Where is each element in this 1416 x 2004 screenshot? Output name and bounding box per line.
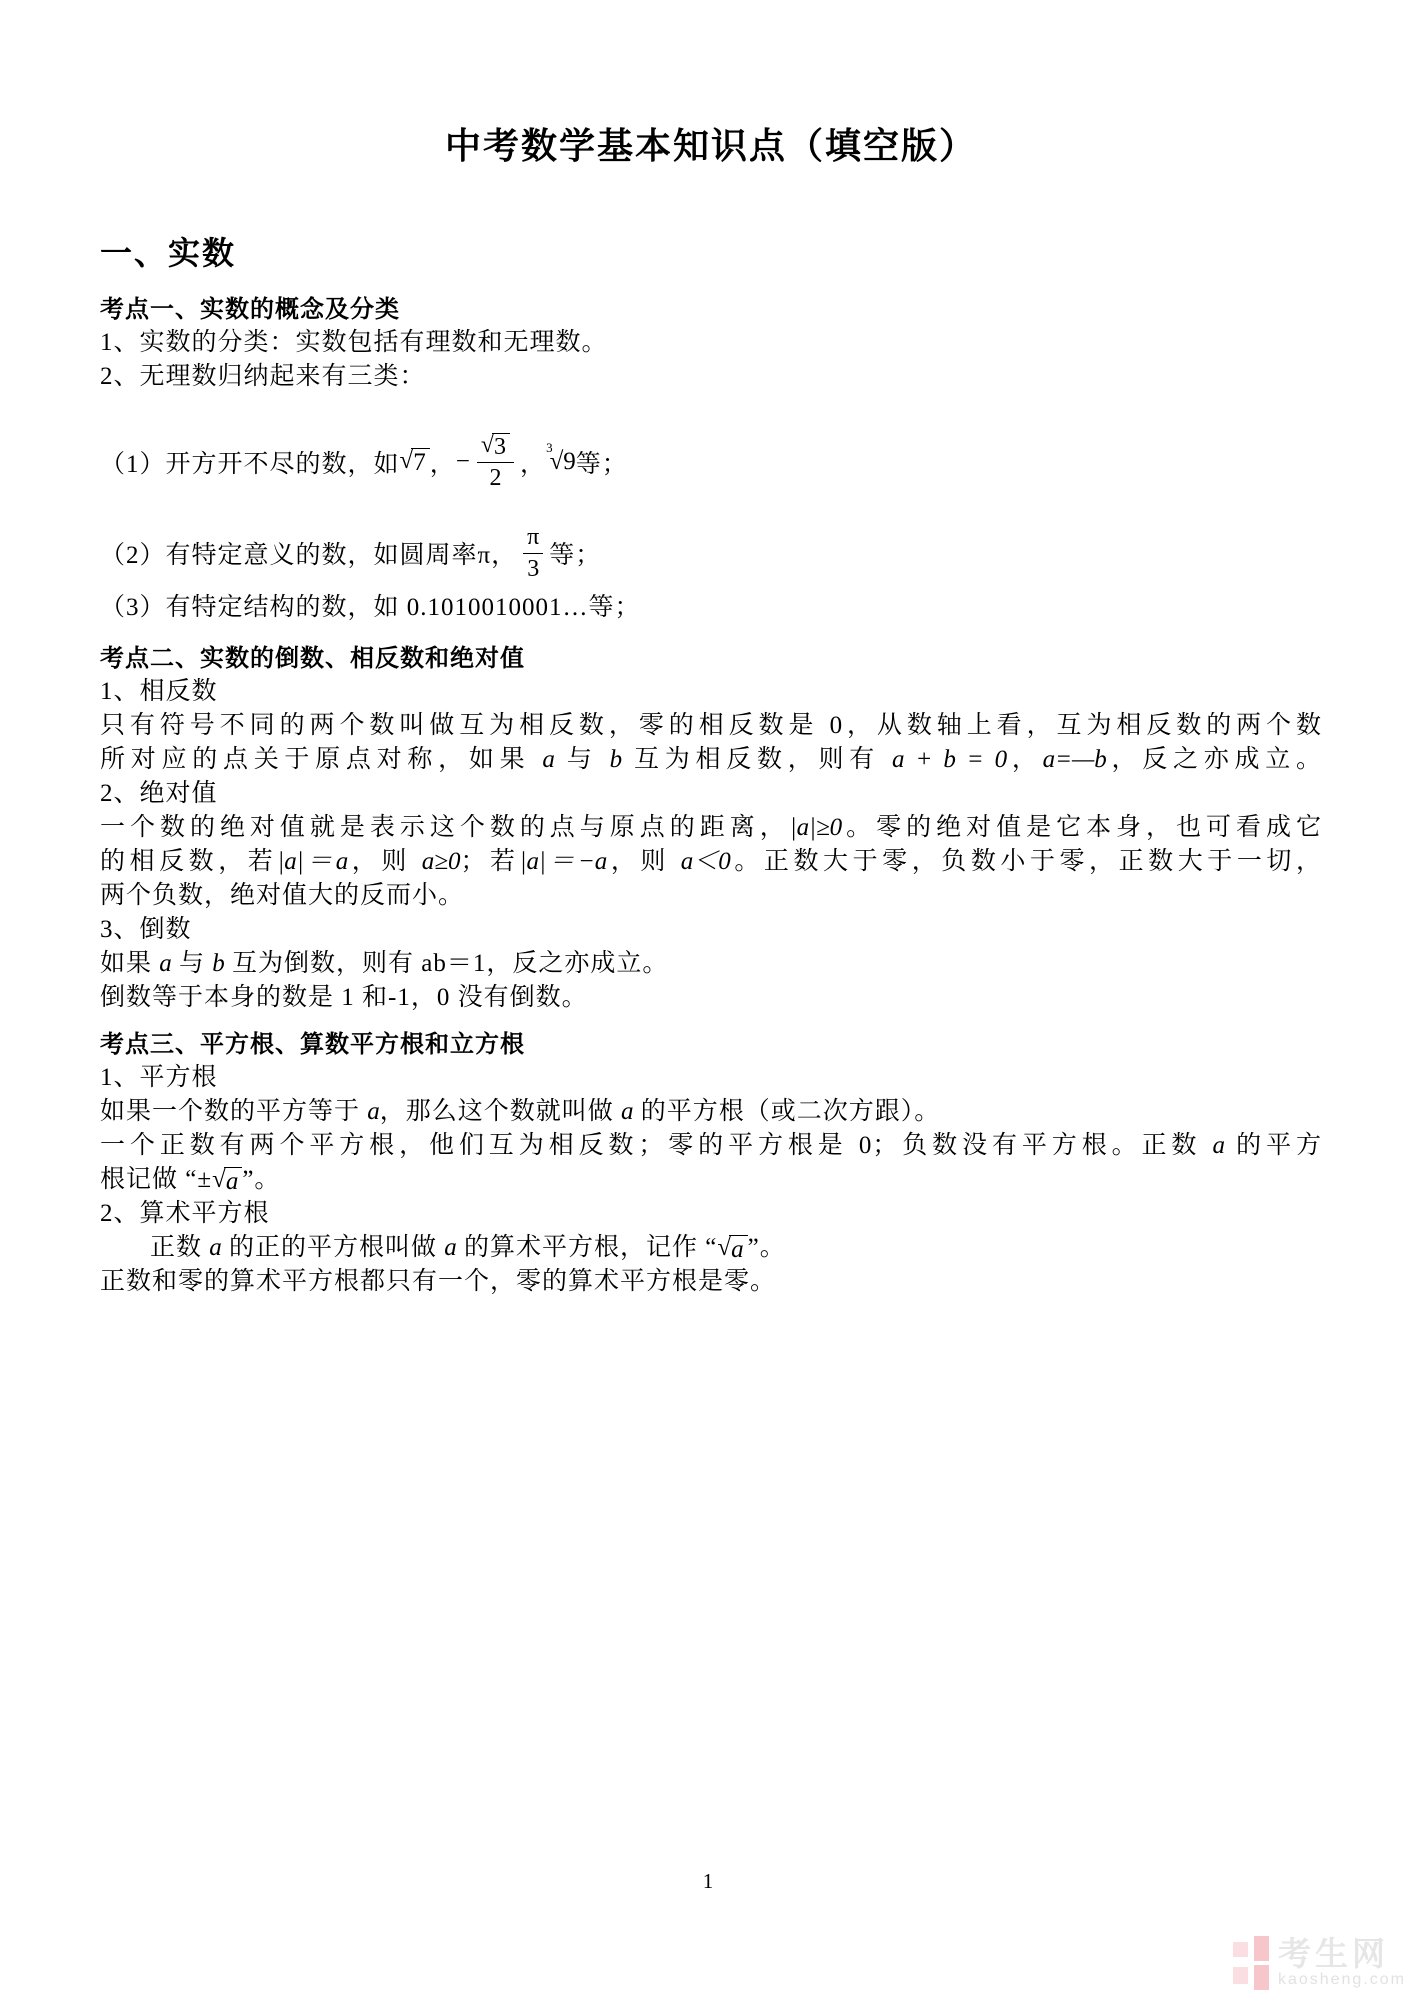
watermark-brand: 考生网 xyxy=(1278,1937,1389,1971)
topic3-sub2-heading: 2、算术平方根 xyxy=(100,1197,1322,1231)
math-var-a: a xyxy=(542,746,555,773)
math-var-a: a xyxy=(367,1098,380,1125)
body-text: ，则 xyxy=(607,848,680,875)
topic2-sub2-paragraph-line3: 两个负数，绝对值大的反而小。 xyxy=(100,879,1322,913)
body-text: 一个数的绝对值就是表示这个数的点与原点的距离， xyxy=(100,814,790,841)
topic2-sub3-paragraph-line1: 如果 a 与 b 互为倒数，则有 ab＝1，反之亦成立。 xyxy=(100,947,1322,981)
body-text: ， xyxy=(1007,746,1042,773)
fraction-numerator: π xyxy=(523,524,543,553)
topic1-point1-formula-line: （1）开方开不尽的数，如 √7 ， − √3 2 ， 3√9 等； xyxy=(100,417,1322,507)
math-expr: |a|≥0 xyxy=(790,814,842,841)
formula-text: ， xyxy=(430,444,456,480)
sqrt-3: √3 xyxy=(481,433,510,460)
math-expr: a＜0 xyxy=(681,848,731,875)
body-text: 与 xyxy=(172,950,213,977)
body-text: 的平方 xyxy=(1225,1132,1322,1159)
fraction-pi-over-3: π 3 xyxy=(523,524,543,582)
math-expr: |a|＝a xyxy=(277,848,348,875)
body-text: ”。 xyxy=(748,1234,786,1261)
body-text: 的平方根（或二次方跟）。 xyxy=(634,1098,941,1125)
body-text: 的相反数，若 xyxy=(100,848,277,875)
topic3-sub1-heading: 1、平方根 xyxy=(100,1061,1322,1095)
body-text: 。零的绝对值是它本身，也可看成它 xyxy=(842,814,1322,841)
fraction-denominator: 2 xyxy=(489,463,501,491)
document-content: 中考数学基本知识点（填空版） 一、实数 考点一、实数的概念及分类 1、实数的分类… xyxy=(100,0,1322,1299)
document-page: 中考数学基本知识点（填空版） 一、实数 考点一、实数的概念及分类 1、实数的分类… xyxy=(0,0,1416,2004)
topic2-sub1-paragraph-line1: 只有符号不同的两个数叫做互为相反数，零的相反数是 0，从数轴上看，互为相反数的两… xyxy=(100,709,1322,743)
topic1-point3: （3）有特定结构的数，如 0.1010010001…等； xyxy=(100,591,1322,625)
body-text: ，反之亦成立。 xyxy=(1107,746,1322,773)
body-text: 正数 xyxy=(150,1234,209,1261)
topic3-sub2-paragraph-line2: 正数和零的算术平方根都只有一个，零的算术平方根是零。 xyxy=(100,1265,1322,1299)
math-var-a: a xyxy=(444,1234,457,1261)
topic1-point2-formula-line: （2）有特定意义的数，如圆周率π， π 3 等； xyxy=(100,515,1322,591)
radicand: a xyxy=(729,1235,748,1263)
formula-text: 等； xyxy=(576,444,628,480)
radicand: a xyxy=(224,1167,243,1195)
math-expr: a≥0 xyxy=(422,848,461,875)
math-expr: a=—b xyxy=(1043,746,1107,773)
sqrt-a: √a xyxy=(212,1167,242,1195)
topic3-heading: 考点三、平方根、算数平方根和立方根 xyxy=(100,1029,1322,1061)
math-var-a: a xyxy=(1213,1132,1226,1159)
fraction-numerator: √3 xyxy=(477,432,514,463)
sqrt-a: √a xyxy=(717,1235,747,1263)
logo-block xyxy=(1233,1942,1248,1957)
topic1-item2: 2、无理数归纳起来有三类： xyxy=(100,360,1322,394)
formula-text: ， xyxy=(520,444,546,480)
math-var-b: b xyxy=(212,950,225,977)
body-text: ，那么这个数就叫做 xyxy=(380,1098,621,1125)
root-index: 3 xyxy=(546,441,553,454)
topic2-sub1-paragraph-line2: 所对应的点关于原点对称，如果 a 与 b 互为相反数，则有 a + b = 0，… xyxy=(100,743,1322,777)
logo-block xyxy=(1233,1967,1248,1984)
topic2-sub3-heading: 3、倒数 xyxy=(100,913,1322,947)
body-text: 如果 xyxy=(100,950,159,977)
math-expr: |a|＝−a xyxy=(520,848,608,875)
topic2-sub1-heading: 1、相反数 xyxy=(100,675,1322,709)
kaosheng-watermark: 考生网 kaosheng.com xyxy=(1233,1936,1406,1990)
radicand: 9 xyxy=(563,448,576,476)
math-var-a: a xyxy=(621,1098,634,1125)
body-text: 根记做 “± xyxy=(100,1166,212,1193)
radicand: 7 xyxy=(411,448,430,476)
topic3-sub1-paragraph-line3: 根记做 “±√a”。 xyxy=(100,1163,1322,1197)
body-text: 的正的平方根叫做 xyxy=(222,1234,445,1261)
topic2-heading: 考点二、实数的倒数、相反数和绝对值 xyxy=(100,643,1322,675)
topic1-item1: 1、实数的分类：实数包括有理数和无理数。 xyxy=(100,326,1322,360)
fraction-sqrt3-over-2: √3 2 xyxy=(477,432,514,492)
sqrt-7: √7 xyxy=(400,448,430,476)
topic1-heading: 考点一、实数的概念及分类 xyxy=(100,294,1322,326)
minus-sign: − xyxy=(456,448,471,476)
body-text: 所对应的点关于原点对称，如果 xyxy=(100,746,542,773)
body-text: 如果一个数的平方等于 xyxy=(100,1098,367,1125)
body-text: ”。 xyxy=(242,1166,280,1193)
body-text: 。正数大于零，负数小于零，正数大于一切， xyxy=(731,848,1322,875)
topic3-sub1-paragraph-line2: 一个正数有两个平方根，他们互为相反数；零的平方根是 0；负数没有平方根。正数 a… xyxy=(100,1129,1322,1163)
math-var-a: a xyxy=(159,950,172,977)
formula-text: （2）有特定意义的数，如圆周率π， xyxy=(100,535,517,571)
page-number: 1 xyxy=(0,1868,1416,1894)
topic2-sub2-heading: 2、绝对值 xyxy=(100,777,1322,811)
page-title: 中考数学基本知识点（填空版） xyxy=(100,122,1322,170)
math-var-a: a xyxy=(209,1234,222,1261)
body-text: ，则 xyxy=(348,848,421,875)
fraction-denominator: 3 xyxy=(527,554,539,582)
body-text: 互为倒数，则有 ab＝1，反之亦成立。 xyxy=(225,950,669,977)
math-var-b: b xyxy=(610,746,623,773)
body-text: 的算术平方根，记作 “ xyxy=(457,1234,718,1261)
topic2-sub3-paragraph-line2: 倒数等于本身的数是 1 和-1，0 没有倒数。 xyxy=(100,981,1322,1015)
body-text: ；若 xyxy=(460,848,519,875)
body-text: 与 xyxy=(555,746,610,773)
topic2-sub2-paragraph-line2: 的相反数，若|a|＝a，则 a≥0；若|a|＝−a，则 a＜0。正数大于零，负数… xyxy=(100,845,1322,879)
formula-text: （1）开方开不尽的数，如 xyxy=(100,444,400,480)
body-text: 互为相反数，则有 xyxy=(622,746,892,773)
watermark-text: 考生网 kaosheng.com xyxy=(1278,1937,1406,1989)
logo-block xyxy=(1254,1965,1269,1990)
body-text: 一个正数有两个平方根，他们互为相反数；零的平方根是 0；负数没有平方根。正数 xyxy=(100,1132,1213,1159)
section-heading-real-numbers: 一、实数 xyxy=(100,232,1322,274)
radicand: 3 xyxy=(492,433,510,460)
topic3-sub1-paragraph-line1: 如果一个数的平方等于 a，那么这个数就叫做 a 的平方根（或二次方跟）。 xyxy=(100,1095,1322,1129)
watermark-domain: kaosheng.com xyxy=(1278,1971,1406,1989)
cube-root-9: 3√9 xyxy=(546,448,576,476)
math-expr: a + b = 0 xyxy=(892,746,1007,773)
topic2-sub2-paragraph-line1: 一个数的绝对值就是表示这个数的点与原点的距离，|a|≥0。零的绝对值是它本身，也… xyxy=(100,811,1322,845)
logo-block xyxy=(1254,1936,1269,1961)
kaosheng-logo-icon xyxy=(1233,1936,1271,1990)
formula-text: 等； xyxy=(549,535,601,571)
topic3-sub2-paragraph-line1: 正数 a 的正的平方根叫做 a 的算术平方根，记作 “√a”。 xyxy=(100,1231,1322,1265)
